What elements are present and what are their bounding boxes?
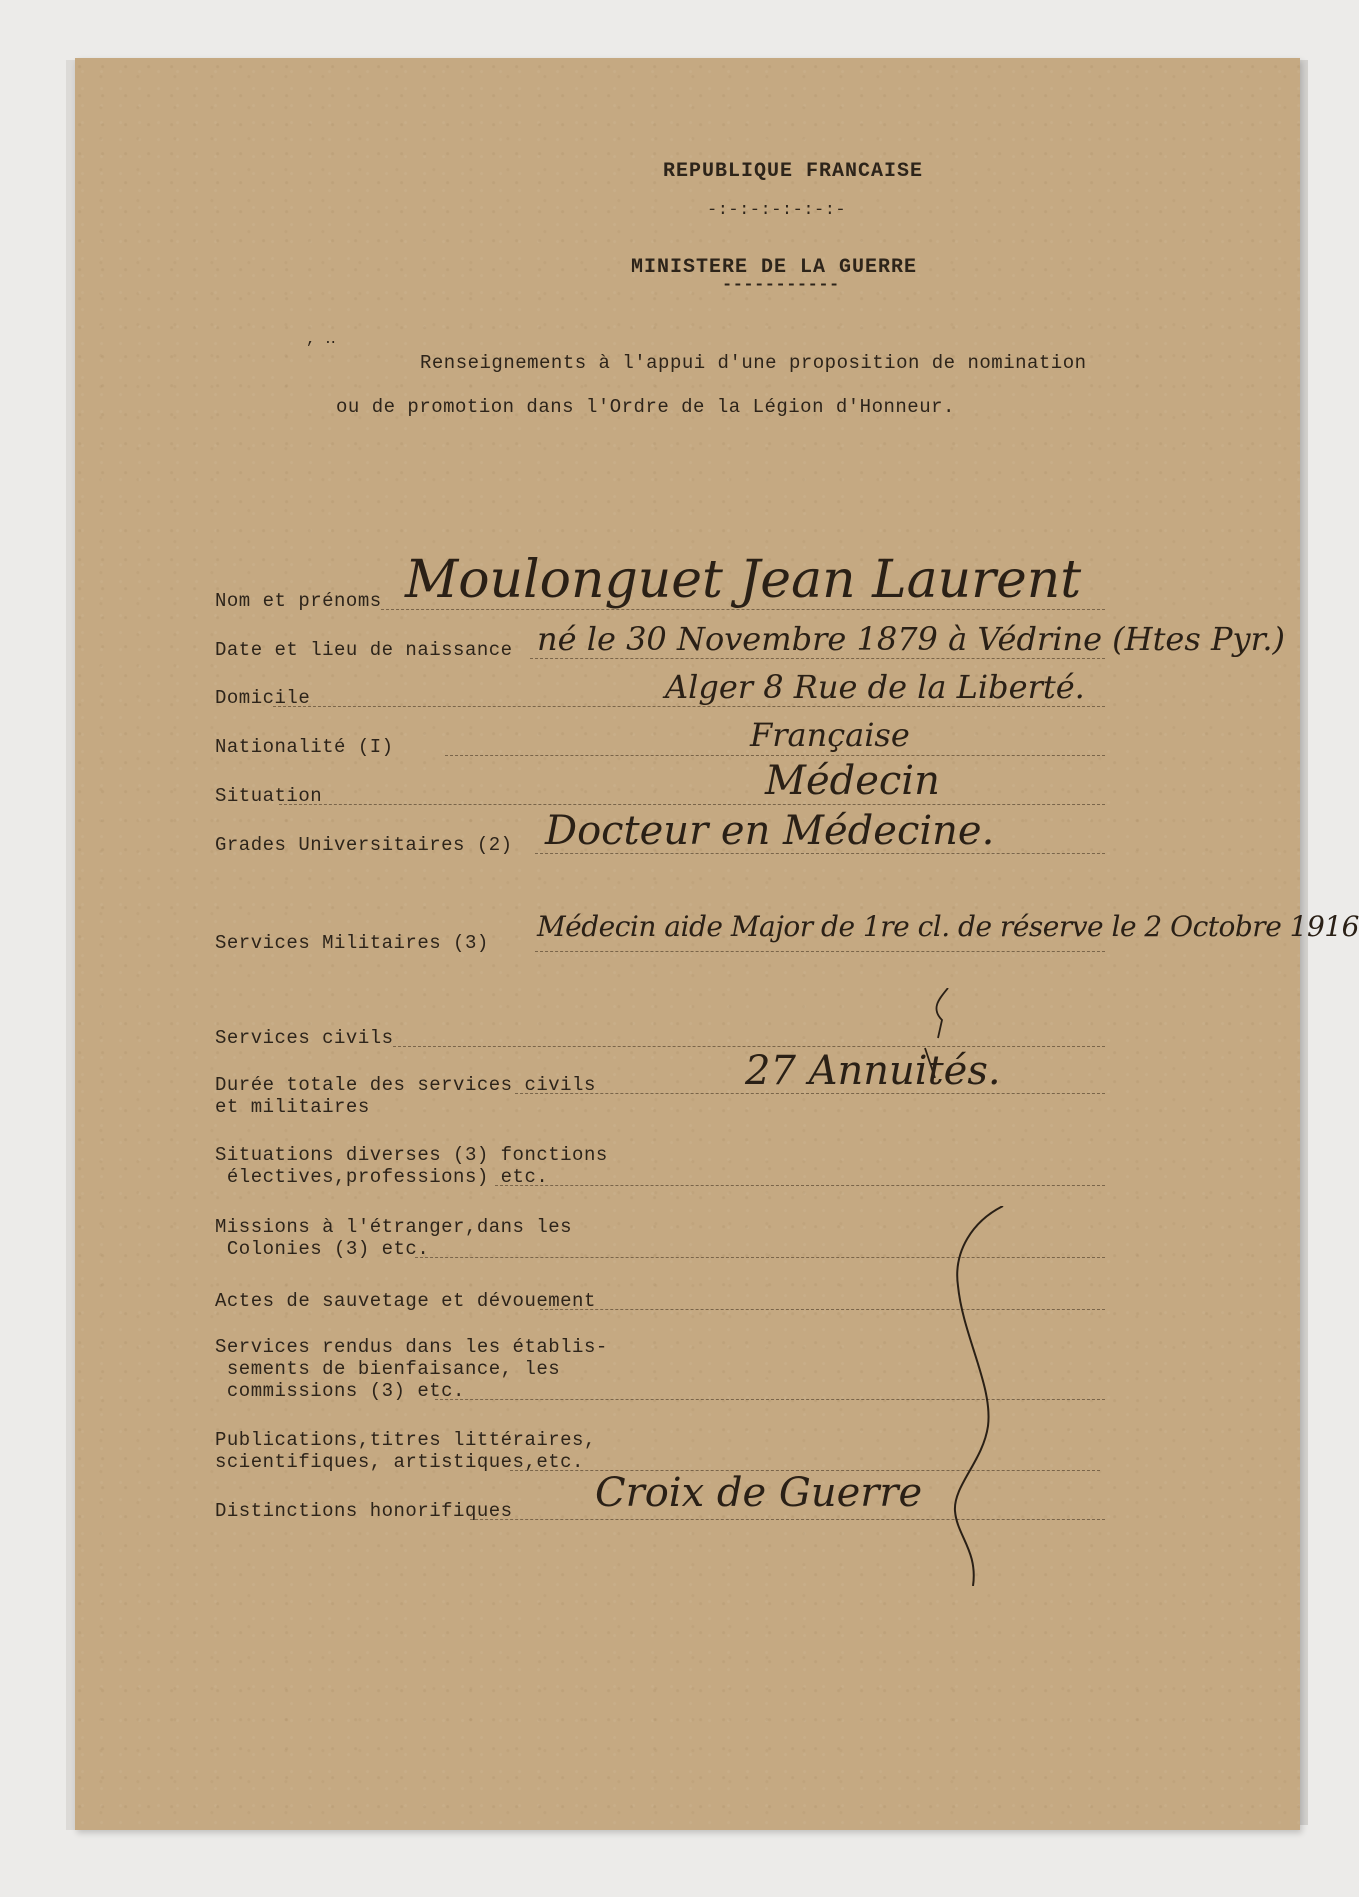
stray-mark: , ‥ — [306, 328, 336, 348]
field-value-birth: né le 30 Novembre 1879 à Védrine (Htes P… — [537, 620, 1285, 658]
field-label-missions-2: Colonies (3) etc. — [215, 1238, 429, 1260]
field-value-distinctions: Croix de Guerre — [595, 1470, 922, 1516]
document-page: REPUBLIQUE FRANCAISE -:-:-:-:-:-:- MINIS… — [75, 58, 1300, 1830]
field-label-rescue: Actes de sauvetage et dévouement — [215, 1290, 596, 1312]
field-line-military — [535, 951, 1105, 952]
field-line-civil — [393, 1046, 1105, 1047]
field-line-situation — [279, 804, 1105, 805]
header-separator: -:-:-:-:-:-:- — [707, 201, 846, 220]
field-label-duration-2: et militaires — [215, 1096, 370, 1118]
intro-line-1: Renseignements à l'appui d'une propositi… — [420, 352, 1087, 374]
field-label-charity: Services rendus dans les établis- — [215, 1336, 608, 1358]
field-label-charity-2: sements de bienfaisance, les — [215, 1358, 560, 1380]
field-value-nationality: Française — [750, 716, 910, 754]
hand-drawn-tick-icon — [920, 988, 960, 1078]
field-label-military: Services Militaires (3) — [215, 932, 489, 954]
field-line-nationality — [445, 755, 1105, 756]
intro-line-2: ou de promotion dans l'Ordre de la Légio… — [336, 396, 955, 418]
field-label-distinctions: Distinctions honorifiques — [215, 1500, 513, 1522]
field-label-charity-3: commissions (3) etc. — [215, 1380, 465, 1402]
field-label-missions: Missions à l'étranger,dans les — [215, 1216, 572, 1238]
field-label-situations: Situations diverses (3) fonctions — [215, 1144, 608, 1166]
field-value-grades: Docteur en Médecine. — [545, 808, 994, 854]
field-line-situations — [495, 1185, 1105, 1186]
field-label-publications: Publications,titres littéraires, — [215, 1429, 596, 1451]
field-label-grades: Grades Universitaires (2) — [215, 834, 513, 856]
header-ministry-underline: ----------- — [722, 276, 840, 295]
field-value-domicile: Alger 8 Rue de la Liberté. — [665, 668, 1085, 706]
field-label-birth: Date et lieu de naissance — [215, 639, 513, 661]
field-value-name: Moulonguet Jean Laurent — [405, 550, 1081, 610]
header-republic: REPUBLIQUE FRANCAISE — [663, 160, 923, 183]
field-value-military: Médecin aide Major de 1re cl. de réserve… — [537, 910, 1359, 943]
hand-drawn-brace-icon — [933, 1206, 1023, 1586]
field-value-duration: 27 Annuités. — [745, 1048, 1001, 1094]
field-line-domicile — [273, 706, 1105, 707]
field-label-name: Nom et prénoms — [215, 590, 382, 612]
field-label-nationality: Nationalité (I) — [215, 736, 394, 758]
field-line-birth — [530, 658, 1105, 659]
field-value-situation: Médecin — [765, 758, 940, 804]
field-label-civil: Services civils — [215, 1027, 394, 1049]
